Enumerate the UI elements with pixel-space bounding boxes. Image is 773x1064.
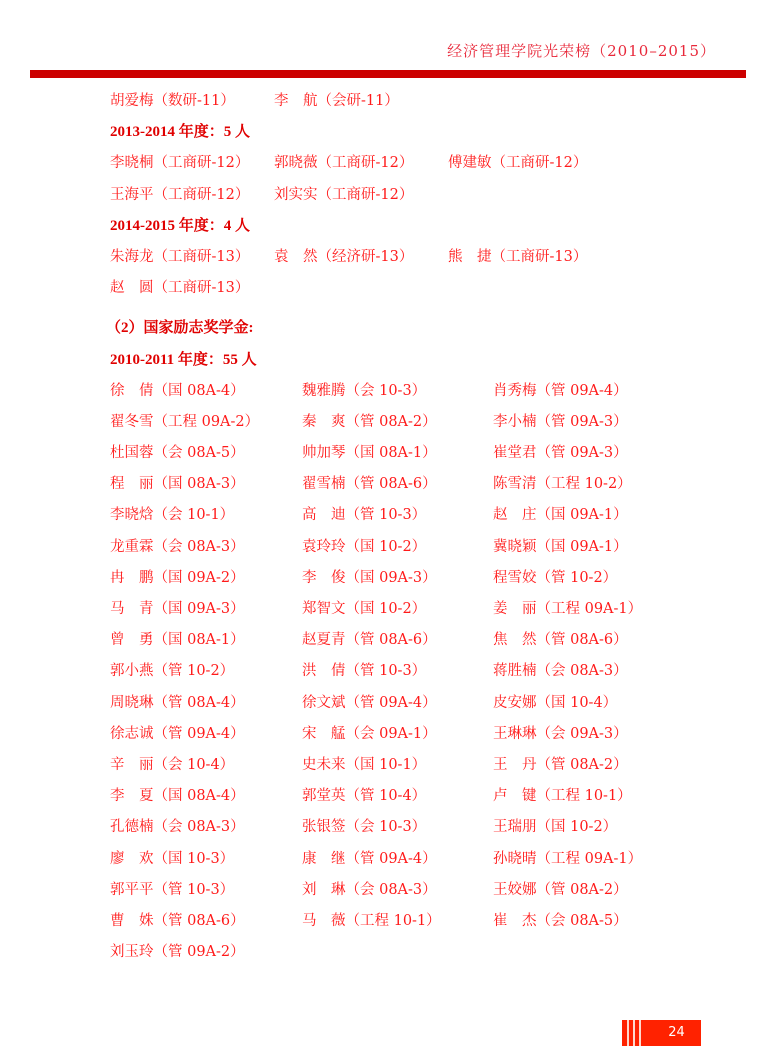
- header-divider-bar: [30, 70, 746, 78]
- honoree-entry: 高 迪（管 10-3）: [302, 500, 426, 531]
- honoree-entry: 王海平（工商研-12）: [110, 180, 249, 211]
- honoree-entry: 张银签（会 10-3）: [302, 812, 426, 843]
- name-row: 孔德楠（会 08A-3）张银签（会 10-3）王瑞朋（国 10-2）: [110, 812, 730, 843]
- honoree-entry: 郭堂英（管 10-4）: [302, 781, 426, 812]
- honoree-entry: 傅建敏（工商研-12）: [448, 148, 587, 179]
- honoree-entry: 焦 然（管 08A-6）: [493, 625, 628, 656]
- scholarship-name-list: 徐 倩（国 08A-4）魏雅腾（会 10-3）肖秀梅（管 09A-4）翟冬雪（工…: [110, 376, 730, 969]
- name-row: 曾 勇（国 08A-1）赵夏青（管 08A-6）焦 然（管 08A-6）: [110, 625, 730, 656]
- honoree-entry: 孔德楠（会 08A-3）: [110, 812, 245, 843]
- honoree-entry: 王瑞朋（国 10-2）: [493, 812, 617, 843]
- footer-stripe: [627, 1020, 629, 1046]
- honoree-entry: 杜国蓉（会 08A-5）: [110, 438, 245, 469]
- honoree-entry: 洪 倩（管 10-3）: [302, 656, 426, 687]
- honoree-entry: 李 夏（国 08A-4）: [110, 781, 245, 812]
- name-row: 胡爱梅（数研-11） 李 航（会研-11）: [110, 86, 730, 117]
- name-row: 郭平平（管 10-3）刘 琳（会 08A-3）王姣娜（管 08A-2）: [110, 875, 730, 906]
- honoree-entry: 马 青（国 09A-3）: [110, 594, 245, 625]
- year-heading-2010-2011: 2010-2011 年度：55 人: [110, 345, 730, 376]
- honoree-entry: 宋 艋（会 09A-1）: [302, 719, 437, 750]
- honoree-entry: 史未来（国 10-1）: [302, 750, 426, 781]
- honoree-entry: 姜 丽（工程 09A-1）: [493, 594, 642, 625]
- page-number: 24: [652, 1020, 701, 1046]
- honoree-entry: 廖 欢（国 10-3）: [110, 844, 234, 875]
- name-row: 郭小燕（管 10-2）洪 倩（管 10-3）蒋胜楠（会 08A-3）: [110, 656, 730, 687]
- honoree-entry: 翟雪楠（管 08A-6）: [302, 469, 437, 500]
- name-row: 李 夏（国 08A-4）郭堂英（管 10-4）卢 键（工程 10-1）: [110, 781, 730, 812]
- honoree-entry: 袁 然（经济研-13）: [274, 242, 413, 273]
- name-row: 李晓桐（工商研-12） 郭晓薇（工商研-12） 傅建敏（工商研-12）: [110, 148, 730, 179]
- honoree-entry: 李晓焓（会 10-1）: [110, 500, 234, 531]
- name-row: 程 丽（国 08A-3）翟雪楠（管 08A-6）陈雪清（工程 10-2）: [110, 469, 730, 500]
- footer-stripe: [639, 1020, 641, 1046]
- honoree-entry: 魏雅腾（会 10-3）: [302, 376, 426, 407]
- name-row: 徐 倩（国 08A-4）魏雅腾（会 10-3）肖秀梅（管 09A-4）: [110, 376, 730, 407]
- name-row: 李晓焓（会 10-1）高 迪（管 10-3）赵 庄（国 09A-1）: [110, 500, 730, 531]
- honoree-entry: 赵 庄（国 09A-1）: [493, 500, 628, 531]
- honoree-entry: 程 丽（国 08A-3）: [110, 469, 245, 500]
- honoree-entry: 郭平平（管 10-3）: [110, 875, 234, 906]
- name-row: 刘玉玲（管 09A-2）: [110, 937, 730, 968]
- honoree-entry: 刘 琳（会 08A-3）: [302, 875, 437, 906]
- honoree-entry: 蒋胜楠（会 08A-3）: [493, 656, 628, 687]
- honoree-entry: 陈雪清（工程 10-2）: [493, 469, 632, 500]
- honoree-entry: 胡爱梅（数研-11）: [110, 86, 235, 117]
- year-heading-2013-2014: 2013-2014 年度：5 人: [110, 117, 730, 148]
- page-number-badge: 24: [622, 1020, 701, 1046]
- name-row: 赵 圆（工商研-13）: [110, 273, 730, 304]
- honoree-entry: 皮安娜（国 10-4）: [493, 688, 617, 719]
- honoree-entry: 冉 鹏（国 09A-2）: [110, 563, 245, 594]
- name-row: 辛 丽（会 10-4）史未来（国 10-1）王 丹（管 08A-2）: [110, 750, 730, 781]
- honoree-entry: 王姣娜（管 08A-2）: [493, 875, 628, 906]
- honoree-entry: 龙重霖（会 08A-3）: [110, 532, 245, 563]
- honoree-entry: 曾 勇（国 08A-1）: [110, 625, 245, 656]
- honoree-entry: 崔 杰（会 08A-5）: [493, 906, 628, 937]
- name-row: 周晓琳（管 08A-4）徐文斌（管 09A-4）皮安娜（国 10-4）: [110, 688, 730, 719]
- honoree-entry: 郑智文（国 10-2）: [302, 594, 426, 625]
- year-heading-2014-2015: 2014-2015 年度：4 人: [110, 211, 730, 242]
- honoree-entry: 李小楠（管 09A-3）: [493, 407, 628, 438]
- honoree-entry: 刘实实（工商研-12）: [274, 180, 413, 211]
- honoree-entry: 崔堂君（管 09A-3）: [493, 438, 628, 469]
- honoree-entry: 冀晓颖（国 09A-1）: [493, 532, 628, 563]
- name-row: 徐志诚（管 09A-4）宋 艋（会 09A-1）王琳琳（会 09A-3）: [110, 719, 730, 750]
- honoree-entry: 肖秀梅（管 09A-4）: [493, 376, 628, 407]
- honoree-entry: 周晓琳（管 08A-4）: [110, 688, 245, 719]
- honoree-entry: 徐志诚（管 09A-4）: [110, 719, 245, 750]
- name-row: 朱海龙（工商研-13） 袁 然（经济研-13） 熊 捷（工商研-13）: [110, 242, 730, 273]
- name-row: 曹 姝（管 08A-6）马 薇（工程 10-1）崔 杰（会 08A-5）: [110, 906, 730, 937]
- honoree-entry: 辛 丽（会 10-4）: [110, 750, 234, 781]
- honoree-entry: 翟冬雪（工程 09A-2）: [110, 407, 259, 438]
- honoree-entry: 曹 姝（管 08A-6）: [110, 906, 245, 937]
- honoree-entry: 李 航（会研-11）: [274, 86, 399, 117]
- honoree-entry: 刘玉玲（管 09A-2）: [110, 937, 245, 968]
- honoree-entry: 徐 倩（国 08A-4）: [110, 376, 245, 407]
- honoree-entry: 王 丹（管 08A-2）: [493, 750, 628, 781]
- page-header-title: 经济管理学院光荣榜（2010–2015）: [447, 40, 716, 61]
- section-title-national-encouragement-scholarship: （2）国家励志奖学金:: [106, 313, 730, 344]
- honoree-entry: 徐文斌（管 09A-4）: [302, 688, 437, 719]
- honoree-entry: 马 薇（工程 10-1）: [302, 906, 441, 937]
- honoree-entry: 朱海龙（工商研-13）: [110, 242, 249, 273]
- name-row: 廖 欢（国 10-3）康 继（管 09A-4）孙晓晴（工程 09A-1）: [110, 844, 730, 875]
- name-row: 马 青（国 09A-3）郑智文（国 10-2）姜 丽（工程 09A-1）: [110, 594, 730, 625]
- honoree-entry: 孙晓晴（工程 09A-1）: [493, 844, 642, 875]
- name-row: 杜国蓉（会 08A-5）帅加琴（国 08A-1）崔堂君（管 09A-3）: [110, 438, 730, 469]
- honoree-entry: 王琳琳（会 09A-3）: [493, 719, 628, 750]
- honoree-entry: 赵夏青（管 08A-6）: [302, 625, 437, 656]
- document-body: 胡爱梅（数研-11） 李 航（会研-11） 2013-2014 年度：5 人 李…: [110, 86, 730, 968]
- footer-stripe: [633, 1020, 635, 1046]
- honoree-entry: 卢 键（工程 10-1）: [493, 781, 632, 812]
- name-row: 冉 鹏（国 09A-2）李 俊（国 09A-3）程雪姣（管 10-2）: [110, 563, 730, 594]
- honoree-entry: 程雪姣（管 10-2）: [493, 563, 617, 594]
- honoree-entry: 袁玲玲（国 10-2）: [302, 532, 426, 563]
- name-row: 龙重霖（会 08A-3）袁玲玲（国 10-2）冀晓颖（国 09A-1）: [110, 532, 730, 563]
- name-row: 翟冬雪（工程 09A-2）秦 爽（管 08A-2）李小楠（管 09A-3）: [110, 407, 730, 438]
- honoree-entry: 帅加琴（国 08A-1）: [302, 438, 437, 469]
- honoree-entry: 郭小燕（管 10-2）: [110, 656, 234, 687]
- honoree-entry: 李晓桐（工商研-12）: [110, 148, 249, 179]
- name-row: 王海平（工商研-12） 刘实实（工商研-12）: [110, 180, 730, 211]
- honoree-entry: 康 继（管 09A-4）: [302, 844, 437, 875]
- honoree-entry: 郭晓薇（工商研-12）: [274, 148, 413, 179]
- honoree-entry: 熊 捷（工商研-13）: [448, 242, 587, 273]
- honoree-entry: 李 俊（国 09A-3）: [302, 563, 437, 594]
- honoree-entry: 秦 爽（管 08A-2）: [302, 407, 437, 438]
- honoree-entry: 赵 圆（工商研-13）: [110, 273, 249, 304]
